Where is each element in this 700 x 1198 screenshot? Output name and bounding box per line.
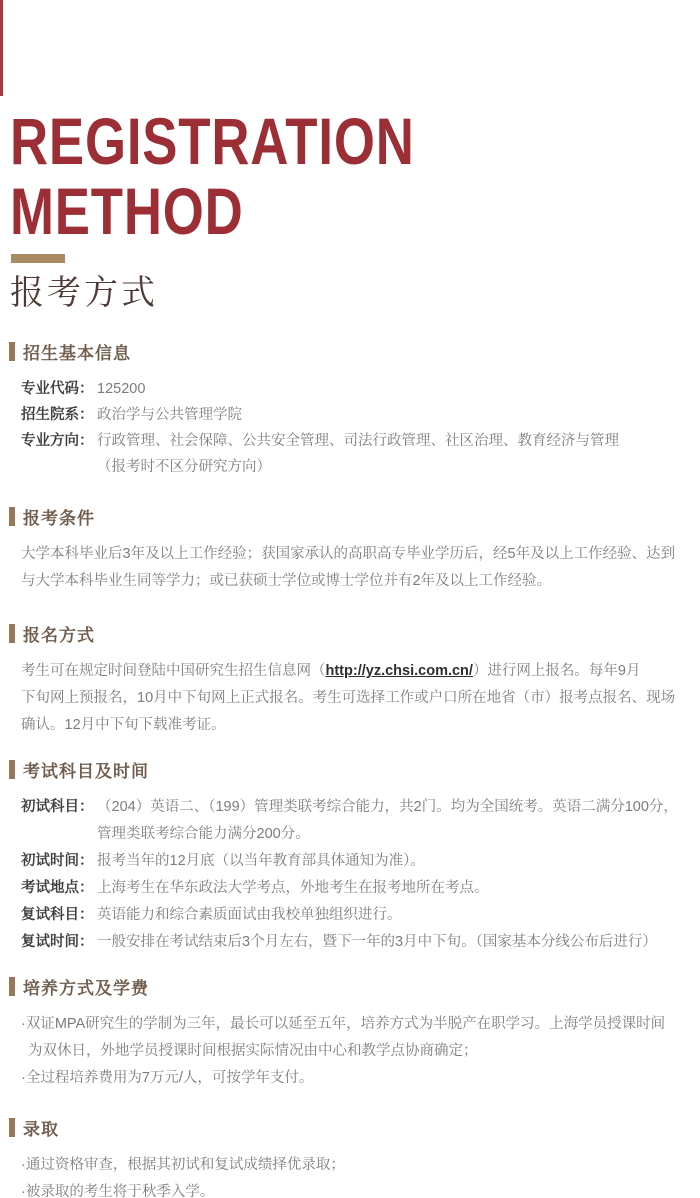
- page-header: REGISTRATION METHOD 报考方式: [0, 106, 700, 313]
- exam-row-initial-subjects: 初试科目： （204）英语二、（199）管理类联考综合能力，共2门。均为全国统考…: [21, 794, 686, 848]
- paragraph-line: 确认。12月中下旬下载准考证。: [21, 712, 686, 739]
- section-heading-training: 培养方式及学费: [9, 974, 700, 999]
- bullet-line: ·通过资格审查，根据其初试和复试成绩择优录取；: [21, 1152, 686, 1179]
- section-requirements: 报考条件 大学本科毕业后3年及以上工作经验；获国家承认的高职高专毕业学历后，经5…: [0, 504, 700, 595]
- field-value: （204）英语二、（199）管理类联考综合能力，共2门。均为全国统考。英语二满分…: [97, 794, 678, 848]
- info-row-major-direction: 专业方向： 行政管理、社会保障、公共安全管理、司法行政管理、社区治理、教育经济与…: [21, 428, 686, 480]
- paragraph-text: ）进行网上报名。每年9月: [473, 663, 641, 679]
- section-heading-label: 考试科目及时间: [23, 757, 149, 782]
- section-heading-label: 报名方式: [23, 621, 95, 646]
- field-label: 招生院系：: [21, 402, 97, 428]
- signup-paragraph: 考生可在规定时间登陆中国研究生招生信息网（http://yz.chsi.com.…: [21, 658, 686, 739]
- requirements-paragraph: 大学本科毕业后3年及以上工作经验；获国家承认的高职高专毕业学历后，经5年及以上工…: [21, 541, 686, 595]
- paragraph-line: 下旬网上预报名，10月中下旬网上正式报名。考生可选择工作或户口所在地省（市）报考…: [21, 685, 686, 712]
- section-bar-icon: [9, 507, 15, 526]
- section-heading-basic-info: 招生基本信息: [9, 339, 700, 364]
- exam-row-retest-subjects: 复试科目： 英语能力和综合素质面试由我校单独组织进行。: [21, 902, 686, 929]
- field-value: 行政管理、社会保障、公共安全管理、司法行政管理、社区治理、教育经济与管理 （报考…: [97, 428, 619, 480]
- paragraph-text: 考生可在规定时间登陆中国研究生招生信息网（: [21, 663, 326, 679]
- section-heading-label: 招生基本信息: [23, 339, 131, 364]
- field-value: 政治学与公共管理学院: [97, 402, 242, 428]
- section-heading-signup-method: 报名方式: [9, 621, 700, 646]
- section-heading-label: 录取: [23, 1115, 59, 1140]
- section-heading-requirements: 报考条件: [9, 504, 700, 529]
- field-label: 初试科目：: [21, 794, 97, 821]
- section-training-tuition: 培养方式及学费 ·双证MPA研究生的学制为三年，最长可以延至五年，培养方式为半脱…: [0, 974, 700, 1092]
- bullet-line: ·全过程培养费用为7万元/人，可按学年支付。: [21, 1065, 686, 1092]
- field-value: 上海考生在华东政法大学考点，外地考生在报考地所在考点。: [97, 875, 489, 902]
- section-body-exam: 初试科目： （204）英语二、（199）管理类联考综合能力，共2门。均为全国统考…: [21, 794, 686, 956]
- field-value-line: （报考时不区分研究方向）: [97, 454, 619, 480]
- bullet-line: ·双证MPA研究生的学制为三年，最长可以延至五年，培养方式为半脱产在职学习。上海…: [21, 1011, 686, 1038]
- section-bar-icon: [9, 342, 15, 361]
- field-value: 一般安排在考试结束后3个月左右，暨下一年的3月中下旬。（国家基本分线公布后进行）: [97, 929, 657, 956]
- section-signup-method: 报名方式 考生可在规定时间登陆中国研究生招生信息网（http://yz.chsi…: [0, 621, 700, 739]
- field-value: 英语能力和综合素质面试由我校单独组织进行。: [97, 902, 402, 929]
- field-label: 专业代码：: [21, 376, 97, 402]
- field-value: 报考当年的12月底（以当年教育部具体通知为准）。: [97, 848, 425, 875]
- field-label: 初试时间：: [21, 848, 97, 875]
- paragraph-line: 大学本科毕业后3年及以上工作经验；获国家承认的高职高专毕业学历后，经5年及以上工…: [21, 541, 686, 568]
- section-bar-icon: [9, 1118, 15, 1137]
- field-value-line: 管理类联考综合能力满分200分。: [97, 821, 678, 848]
- top-left-edge-accent: [0, 0, 3, 96]
- section-body-training: ·双证MPA研究生的学制为三年，最长可以延至五年，培养方式为半脱产在职学习。上海…: [21, 1011, 686, 1092]
- section-heading-label: 培养方式及学费: [23, 974, 149, 999]
- field-value: 125200: [97, 376, 145, 402]
- exam-row-initial-time: 初试时间： 报考当年的12月底（以当年教育部具体通知为准）。: [21, 848, 686, 875]
- page-title: REGISTRATION METHOD: [10, 106, 562, 246]
- section-admission: 录取 ·通过资格审查，根据其初试和复试成绩择优录取； ·被录取的考生将于秋季入学…: [0, 1115, 700, 1198]
- field-label: 复试时间：: [21, 929, 97, 956]
- section-heading-label: 报考条件: [23, 504, 95, 529]
- section-heading-admission: 录取: [9, 1115, 700, 1140]
- title-dash: [11, 254, 65, 263]
- field-value-line: 行政管理、社会保障、公共安全管理、司法行政管理、社区治理、教育经济与管理: [97, 428, 619, 454]
- section-heading-exam: 考试科目及时间: [9, 757, 700, 782]
- page-title-line-1: REGISTRATION: [10, 106, 562, 176]
- chsi-url-link[interactable]: http://yz.chsi.com.cn/: [326, 663, 473, 679]
- paragraph-line: 与大学本科毕业生同等学力；或已获硕士学位或博士学位并有2年及以上工作经验。: [21, 568, 686, 595]
- paragraph-line: 考生可在规定时间登陆中国研究生招生信息网（http://yz.chsi.com.…: [21, 658, 686, 685]
- field-label: 复试科目：: [21, 902, 97, 929]
- section-exam-subjects-time: 考试科目及时间 初试科目： （204）英语二、（199）管理类联考综合能力，共2…: [0, 757, 700, 956]
- bullet-line-continuation: 为双休日，外地学员授课时间根据实际情况由中心和教学点协商确定；: [21, 1038, 686, 1065]
- exam-row-location: 考试地点： 上海考生在华东政法大学考点，外地考生在报考地所在考点。: [21, 875, 686, 902]
- section-body-admission: ·通过资格审查，根据其初试和复试成绩择优录取； ·被录取的考生将于秋季入学。: [21, 1152, 686, 1198]
- field-label: 考试地点：: [21, 875, 97, 902]
- bullet-line: ·被录取的考生将于秋季入学。: [21, 1179, 686, 1198]
- section-body-basic-info: 专业代码： 125200 招生院系： 政治学与公共管理学院 专业方向： 行政管理…: [21, 376, 686, 480]
- field-label: 专业方向：: [21, 428, 97, 454]
- info-row-department: 招生院系： 政治学与公共管理学院: [21, 402, 686, 428]
- section-bar-icon: [9, 624, 15, 643]
- section-bar-icon: [9, 977, 15, 996]
- field-value-line: （204）英语二、（199）管理类联考综合能力，共2门。均为全国统考。英语二满分…: [97, 794, 678, 821]
- info-row-major-code: 专业代码： 125200: [21, 376, 686, 402]
- page-title-line-2: METHOD: [10, 176, 562, 246]
- section-bar-icon: [9, 760, 15, 779]
- exam-row-retest-time: 复试时间： 一般安排在考试结束后3个月左右，暨下一年的3月中下旬。（国家基本分线…: [21, 929, 686, 956]
- section-basic-info: 招生基本信息 专业代码： 125200 招生院系： 政治学与公共管理学院 专业方…: [0, 339, 700, 480]
- page-subtitle: 报考方式: [10, 273, 700, 313]
